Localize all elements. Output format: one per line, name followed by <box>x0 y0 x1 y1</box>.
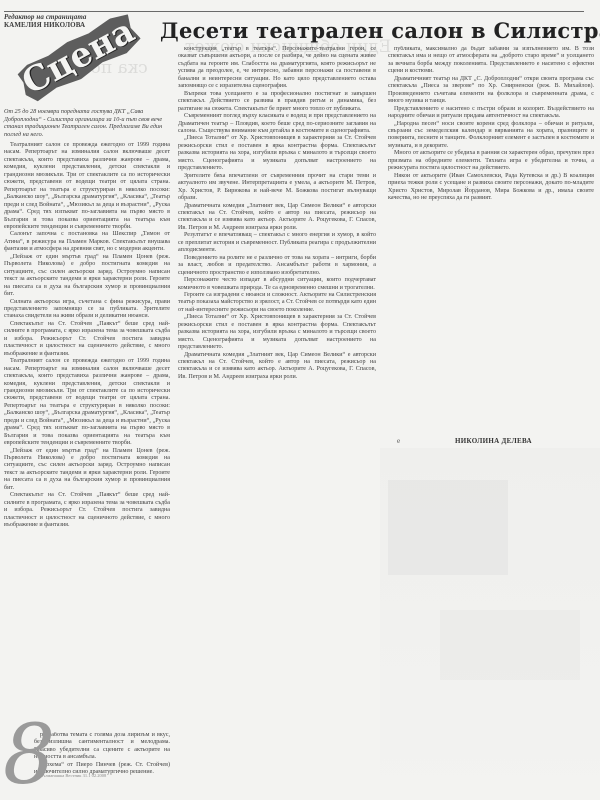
paragraph: Драматичният театър на ДКТ „С. Доброплод… <box>388 76 594 106</box>
paragraph: Театралният салон се провежда ежегодно о… <box>4 358 170 447</box>
article-headline: Десети театрален салон в Силистра <box>160 18 600 43</box>
paragraph: Драматичната комедия „Златният век, Цар … <box>178 203 376 233</box>
paragraph: Някои от актьорите (Иван Самохлевски, Ра… <box>388 173 594 203</box>
paragraph: конструкция „театър в театъра“. Персонаж… <box>178 46 376 91</box>
paragraph: Резултатът е впечатляващ – спектакъл с м… <box>178 232 376 254</box>
article-column-left: Театралният салон се провежда ежегодно о… <box>4 142 170 727</box>
paragraph: „Народна песен“ носи своите корени сред … <box>388 121 594 151</box>
paragraph: „Пейзаж от един мъртъв град“ на Пламен Ц… <box>4 254 170 299</box>
bleed-through-photo <box>388 480 508 575</box>
paragraph: Зрителите бяха впечатлени от съвременния… <box>178 173 376 203</box>
paragraph: Героите са изградени с нюанси и сложност… <box>178 292 376 314</box>
paragraph: Спектакълът на Ст. Стойчев „Паякът“ беше… <box>4 321 170 358</box>
editor-role: Редактор на страницата <box>4 13 87 21</box>
end-mark: е <box>397 437 400 445</box>
page-number: 8 <box>3 715 55 797</box>
paragraph: публиката, максимално да бъдат забавни з… <box>388 46 594 76</box>
paragraph: Съвременният поглед върху класиката е во… <box>178 113 376 135</box>
paragraph: Силната актьорска игра, съчетана с фина … <box>4 299 170 321</box>
paragraph: „Пиеса Тотални“ от Хр. Христовпонищев в … <box>178 135 376 172</box>
paragraph: Въпреки това усещането е за професионалн… <box>178 91 376 113</box>
paragraph: Драматичната комедия „Златният век, Цар … <box>178 352 376 382</box>
paragraph: Много от актьорите се убедиха в ранния с… <box>388 150 594 172</box>
page-editor-credit: Редактор на страницата КАМЕЛИЯ НИКОЛОВА <box>4 13 87 29</box>
header-rule <box>4 11 584 12</box>
paragraph: Салонът започна с постановка на Шекспир … <box>4 231 170 253</box>
paragraph: Спектакълът на Ст. Стойчев „Паякът“ беше… <box>4 492 170 529</box>
article-column-right: публиката, максимално да бъдат забавни з… <box>388 46 594 430</box>
author-signature: НИКОЛИНА ДЕЛЕВА <box>455 437 532 445</box>
paragraph: „Пиеса Тотални“ от Хр. Христовпонищев в … <box>178 314 376 351</box>
editor-name: КАМЕЛИЯ НИКОЛОВА <box>4 21 87 29</box>
footer-credit: Алманашка Вестник 31.1 02.2008 <box>42 773 106 778</box>
paragraph: Поведението на ролите не е различно от т… <box>178 255 376 277</box>
article-column-middle: конструкция „театър в театъра“. Персонаж… <box>178 46 376 794</box>
newspaper-page: Редактор на страницата КАМЕЛИЯ НИКОЛОВА … <box>0 0 600 800</box>
paragraph: „Пейзаж от един мъртъв град“ на Пламен Ц… <box>4 448 170 493</box>
paragraph: Персонажите често изпадат в абсурдни сит… <box>178 277 376 292</box>
bleed-through-text-block <box>440 610 580 680</box>
article-lead: От 25 до 28 ноември поредната гостува ДК… <box>4 108 170 138</box>
paragraph: Представлението е наситено с пъстри обра… <box>388 106 594 121</box>
paragraph: Театралният салон се провежда ежегодно о… <box>4 142 170 231</box>
